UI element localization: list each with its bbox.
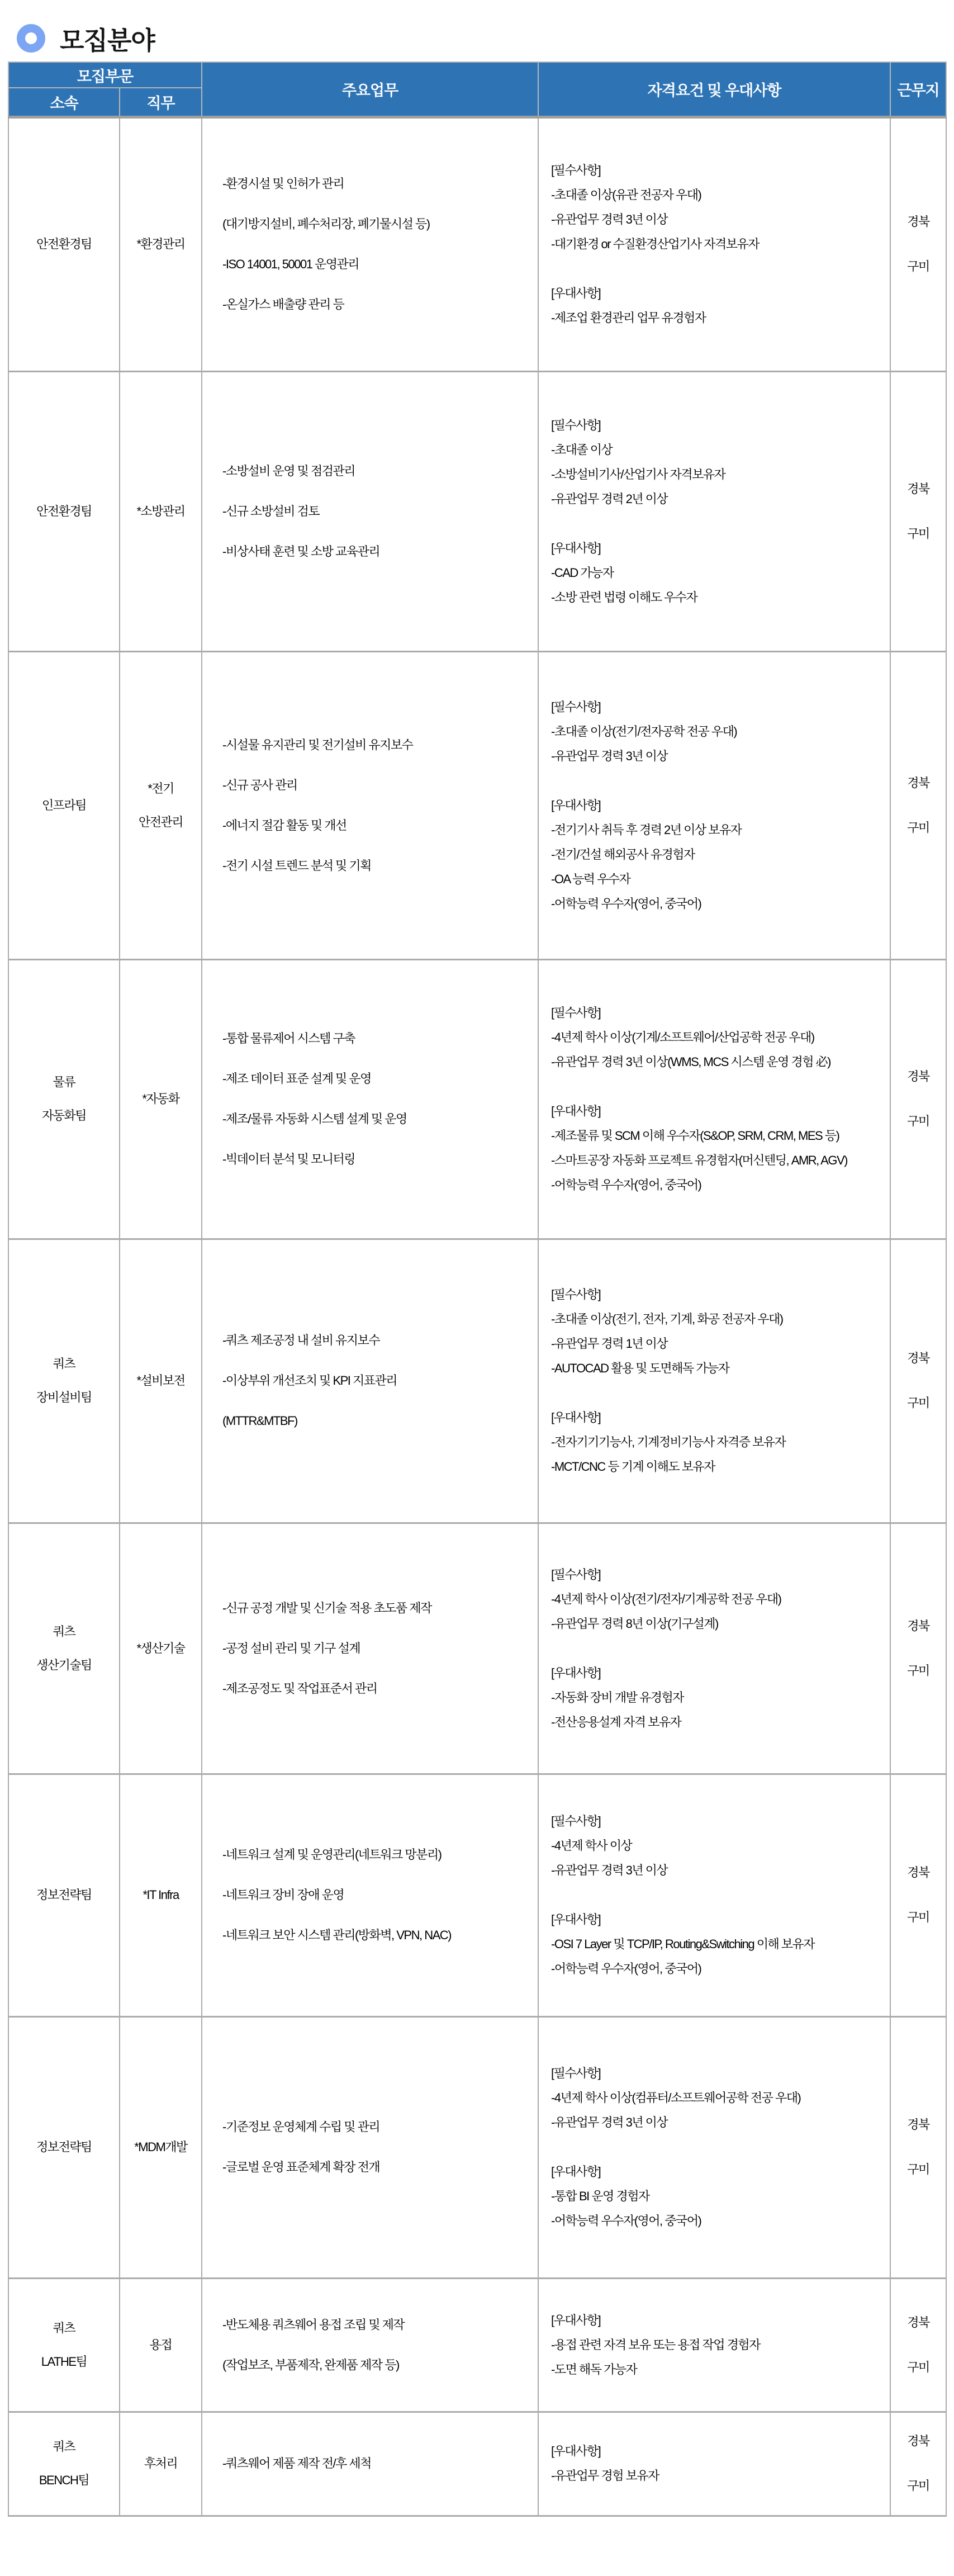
table-row: 안전환경팀*소방관리-소방설비 운영 및 점검관리-신규 소방설비 검토-비상사… <box>8 371 946 651</box>
text-line: -시설물 유지관리 및 전기설비 유지보수 <box>202 725 538 765</box>
table-row: 쿼츠BENCH팀후처리-쿼츠웨어 제품 제작 전/후 세척[우대사항]-유관업무… <box>8 2412 946 2516</box>
text-line: -전산응용설계 자격 보유자 <box>539 1710 890 1735</box>
text-line: 구미 <box>891 512 946 556</box>
text-line: 경북 <box>891 1336 946 1381</box>
text-line <box>539 1074 890 1099</box>
text-line: 경북 <box>891 2300 946 2345</box>
job-cell: *설비보전 <box>120 1239 202 1523</box>
text-line: -소방설비 운영 및 점검관리 <box>202 451 538 491</box>
duties-cell: -쿼츠 제조공정 내 설비 유지보수-이상부위 개선조치 및 KPI 지표관리(… <box>202 1239 538 1523</box>
text-line: -자동화 장비 개발 유경험자 <box>539 1685 890 1710</box>
text-line: -유관업무 경력 3년 이상 <box>539 744 890 769</box>
page: 모집분야 모집부문 주요업무 자격요건 및 우대사항 근무지 소속 직무 안전환… <box>0 0 954 2576</box>
text-line: [우대사항] <box>539 1661 890 1685</box>
text-line: -유관업무 경력 2년 이상 <box>539 487 890 512</box>
reqs-cell: [필수사항]-초대졸 이상-소방설비기사/산업기사 자격보유자-유관업무 경력 … <box>538 371 890 651</box>
text-line: -신규 소방설비 검토 <box>202 491 538 532</box>
text-line: 장비설비팀 <box>9 1381 119 1414</box>
header-dept: 소속 <box>8 88 120 117</box>
dept-cell: 안전환경팀 <box>8 371 120 651</box>
text-line: 쿼츠 <box>9 2312 119 2345</box>
location-cell: 경북구미 <box>890 371 946 651</box>
text-line: LATHE팀 <box>9 2345 119 2379</box>
text-line: 경북 <box>891 467 946 512</box>
text-line <box>539 2135 890 2160</box>
text-line: -통합 물류제어 시스템 구축 <box>202 1019 538 1059</box>
header-recruit-group: 모집부문 <box>8 62 202 88</box>
recruit-table: 모집부문 주요업무 자격요건 및 우대사항 근무지 소속 직무 안전환경팀*환경… <box>8 61 947 2517</box>
text-line: -대기환경 or 수질환경산업기사 자격보유자 <box>539 232 890 257</box>
text-line: -OA 능력 우수자 <box>539 867 890 892</box>
text-line: -빅데이터 분석 및 모니터링 <box>202 1139 538 1180</box>
text-line: -온실가스 배출량 관리 등 <box>202 285 538 325</box>
text-line: -4년제 학사 이상(컴퓨터/소프트웨어공학 전공 우대) <box>539 2086 890 2110</box>
dept-cell: 쿼츠BENCH팀 <box>8 2412 120 2516</box>
text-line: *전기 <box>120 772 201 806</box>
text-line: -초대졸 이상(유관 전공자 우대) <box>539 183 890 207</box>
dept-cell: 정보전략팀 <box>8 1774 120 2016</box>
text-line: (작업보조, 부품제작, 완제품 제작 등) <box>202 2345 538 2385</box>
location-cell: 경북구미 <box>890 1523 946 1774</box>
page-title: 모집분야 <box>60 20 155 56</box>
text-line: -MCT/CNC 등 기계 이해도 보유자 <box>539 1455 890 1479</box>
text-line: 정보전략팀 <box>9 1878 119 1912</box>
text-line: [우대사항] <box>539 2160 890 2184</box>
text-line: -에너지 절감 활동 및 개선 <box>202 806 538 846</box>
text-line: 구미 <box>891 1895 946 1940</box>
dept-cell: 물류자동화팀 <box>8 959 120 1239</box>
text-line: [필수사항] <box>539 1282 890 1307</box>
text-line: [필수사항] <box>539 1809 890 1834</box>
location-cell: 경북구미 <box>890 1774 946 2016</box>
text-line: 구미 <box>891 1649 946 1693</box>
text-line: -어학능력 우수자(영어, 중국어) <box>539 1957 890 1981</box>
table-body: 안전환경팀*환경관리-환경시설 및 인허가 관리(대기방지설비, 폐수처리장, … <box>8 117 946 2516</box>
text-line: -제조/물류 자동화 시스템 설계 및 운영 <box>202 1099 538 1139</box>
duties-cell: -네트워크 설계 및 운영관리(네트워크 망분리)-네트워크 장비 장애 운영-… <box>202 1774 538 2016</box>
text-line: 쿼츠 <box>9 2430 119 2464</box>
text-line: -어학능력 우수자(영어, 중국어) <box>539 2209 890 2233</box>
job-cell: *IT Infra <box>120 1774 202 2016</box>
dept-cell: 쿼츠LATHE팀 <box>8 2278 120 2412</box>
text-line: -전기/건설 해외공사 유경험자 <box>539 842 890 867</box>
text-line: -ISO 14001, 50001 운영관리 <box>202 244 538 285</box>
text-line: (대기방지설비, 폐수처리장, 폐기물시설 등) <box>202 204 538 244</box>
job-cell: *전기안전관리 <box>120 651 202 959</box>
location-cell: 경북구미 <box>890 2412 946 2516</box>
text-line: -네트워크 장비 장애 운영 <box>202 1875 538 1915</box>
text-line: [필수사항] <box>539 695 890 719</box>
reqs-cell: [우대사항]-용접 관련 자격 보유 또는 용접 작업 경험자-도면 해독 가능… <box>538 2278 890 2412</box>
text-line: -이상부위 개선조치 및 KPI 지표관리 <box>202 1361 538 1401</box>
duties-cell: -소방설비 운영 및 점검관리-신규 소방설비 검토-비상사태 훈련 및 소방 … <box>202 371 538 651</box>
text-line: [우대사항] <box>539 281 890 306</box>
text-line: 구미 <box>891 2147 946 2192</box>
location-cell: 경북구미 <box>890 2278 946 2412</box>
reqs-cell: [필수사항]-초대졸 이상(전기/전자공학 전공 우대)-유관업무 경력 3년 … <box>538 651 890 959</box>
text-line <box>539 769 890 793</box>
text-line: 경북 <box>891 200 946 244</box>
text-line: -쿼츠 제조공정 내 설비 유지보수 <box>202 1320 538 1361</box>
header-location: 근무지 <box>890 62 946 117</box>
header-duties: 주요업무 <box>202 62 538 117</box>
location-cell: 경북구미 <box>890 651 946 959</box>
text-line: *소방관리 <box>120 495 201 528</box>
text-line: -전기 시설 트렌드 분석 및 기획 <box>202 846 538 886</box>
text-line <box>539 1636 890 1661</box>
text-line: 생산기술팀 <box>9 1649 119 1682</box>
duties-cell: -신규 공정 개발 및 신기술 적용 초도품 제작-공정 설비 관리 및 기구 … <box>202 1523 538 1774</box>
duties-cell: -통합 물류제어 시스템 구축-제조 데이터 표준 설계 및 운영-제조/물류 … <box>202 959 538 1239</box>
table-row: 안전환경팀*환경관리-환경시설 및 인허가 관리(대기방지설비, 폐수처리장, … <box>8 117 946 371</box>
text-line: *IT Infra <box>120 1878 201 1912</box>
text-line: 경북 <box>891 2103 946 2147</box>
text-line: [필수사항] <box>539 413 890 438</box>
text-line: -4년제 학사 이상(전기/전자/기계공학 전공 우대) <box>539 1587 890 1612</box>
job-cell: 후처리 <box>120 2412 202 2516</box>
text-line: -반도체용 쿼츠웨어 용접 조립 및 제작 <box>202 2305 538 2345</box>
table-row: 정보전략팀*IT Infra-네트워크 설계 및 운영관리(네트워크 망분리)-… <box>8 1774 946 2016</box>
location-cell: 경북구미 <box>890 2016 946 2278</box>
text-line: -제조공정도 및 작업표준서 관리 <box>202 1669 538 1709</box>
duties-cell: -쿼츠웨어 제품 제작 전/후 세척 <box>202 2412 538 2516</box>
text-line: -기준정보 운영체계 수립 및 관리 <box>202 2107 538 2147</box>
text-line: -4년제 학사 이상 <box>539 1834 890 1858</box>
job-cell: *소방관리 <box>120 371 202 651</box>
text-line: -유관업무 경력 3년 이상(WMS, MCS 시스템 운영 경험 必) <box>539 1050 890 1074</box>
text-line: -초대졸 이상(전기, 전자, 기계, 화공 전공자 우대) <box>539 1307 890 1332</box>
reqs-cell: [필수사항]-4년제 학사 이상(전기/전자/기계공학 전공 우대)-유관업무 … <box>538 1523 890 1774</box>
text-line: -용접 관련 자격 보유 또는 용접 작업 경험자 <box>539 2333 890 2357</box>
reqs-cell: [우대사항]-유관업무 경험 보유자 <box>538 2412 890 2516</box>
text-line: 안전환경팀 <box>9 495 119 528</box>
job-cell: *생산기술 <box>120 1523 202 1774</box>
text-line: -전기기사 취득 후 경력 2년 이상 보유자 <box>539 818 890 842</box>
table-header: 모집부문 주요업무 자격요건 및 우대사항 근무지 소속 직무 <box>8 62 946 117</box>
reqs-cell: [필수사항]-초대졸 이상(유관 전공자 우대)-유관업무 경력 3년 이상-대… <box>538 117 890 371</box>
text-line: -소방설비기사/산업기사 자격보유자 <box>539 462 890 487</box>
text-line: 구미 <box>891 2345 946 2390</box>
text-line: [필수사항] <box>539 1562 890 1587</box>
text-line: [우대사항] <box>539 536 890 561</box>
text-line: -소방 관련 법령 이해도 우수자 <box>539 585 890 610</box>
text-line: -유관업무 경력 1년 이상 <box>539 1332 890 1356</box>
duties-cell: -환경시설 및 인허가 관리(대기방지설비, 폐수처리장, 폐기물시설 등)-I… <box>202 117 538 371</box>
text-line: *MDM개발 <box>120 2130 201 2164</box>
text-line: -공정 설비 관리 및 기구 설계 <box>202 1628 538 1669</box>
text-line: -쿼츠웨어 제품 제작 전/후 세척 <box>202 2444 538 2484</box>
reqs-cell: [필수사항]-4년제 학사 이상(컴퓨터/소프트웨어공학 전공 우대)-유관업무… <box>538 2016 890 2278</box>
text-line: -초대졸 이상 <box>539 438 890 462</box>
job-cell: *MDM개발 <box>120 2016 202 2278</box>
text-line: [우대사항] <box>539 2439 890 2464</box>
text-line: 경북 <box>891 1604 946 1649</box>
text-line: [필수사항] <box>539 1001 890 1025</box>
text-line: 구미 <box>891 244 946 289</box>
text-line: -신규 공사 관리 <box>202 765 538 806</box>
text-line: -CAD 가능자 <box>539 561 890 585</box>
text-line: 쿼츠 <box>9 1347 119 1381</box>
text-line: -스마트공장 자동화 프로젝트 유경험자(머신텐딩, AMR, AGV) <box>539 1148 890 1173</box>
duties-cell: -시설물 유지관리 및 전기설비 유지보수-신규 공사 관리-에너지 절감 활동… <box>202 651 538 959</box>
text-line: -통합 BI 운영 경험자 <box>539 2184 890 2209</box>
text-line: 구미 <box>891 1381 946 1426</box>
text-line: -유관업무 경력 8년 이상(기구설계) <box>539 1612 890 1636</box>
location-cell: 경북구미 <box>890 1239 946 1523</box>
dept-cell: 쿼츠생산기술팀 <box>8 1523 120 1774</box>
bullet-icon <box>17 24 45 53</box>
text-line: -도면 해독 가능자 <box>539 2357 890 2382</box>
text-line: *생산기술 <box>120 1632 201 1665</box>
text-line: [우대사항] <box>539 2308 890 2333</box>
text-line: -네트워크 보안 시스템 관리(방화벽, VPN, NAC) <box>202 1915 538 1955</box>
dept-cell: 안전환경팀 <box>8 117 120 371</box>
text-line: -유관업무 경력 3년 이상 <box>539 2110 890 2135</box>
section-title: 모집분야 <box>0 0 954 61</box>
reqs-cell: [필수사항]-4년제 학사 이상-유관업무 경력 3년 이상 [우대사항]-OS… <box>538 1774 890 2016</box>
text-line: 안전환경팀 <box>9 228 119 261</box>
text-line: 물류 <box>9 1066 119 1099</box>
text-line: 경북 <box>891 1054 946 1099</box>
text-line <box>539 512 890 536</box>
text-line: [우대사항] <box>539 793 890 818</box>
text-line: *설비보전 <box>120 1364 201 1398</box>
text-line: -제조업 환경관리 업무 유경험자 <box>539 306 890 330</box>
text-line: -글로벌 운영 표준체계 확장 전개 <box>202 2147 538 2187</box>
text-line <box>539 1883 890 1907</box>
text-line: -OSI 7 Layer 및 TCP/IP, Routing&Switching… <box>539 1932 890 1957</box>
job-cell: 용접 <box>120 2278 202 2412</box>
header-job: 직무 <box>120 88 202 117</box>
text-line: [필수사항] <box>539 2061 890 2086</box>
text-line: 경북 <box>891 1850 946 1895</box>
text-line: 구미 <box>891 1099 946 1144</box>
text-line: [필수사항] <box>539 158 890 183</box>
text-line <box>539 1381 890 1405</box>
text-line: -유관업무 경력 3년 이상 <box>539 207 890 232</box>
location-cell: 경북구미 <box>890 959 946 1239</box>
text-line: -신규 공정 개발 및 신기술 적용 초도품 제작 <box>202 1588 538 1628</box>
text-line: *자동화 <box>120 1082 201 1116</box>
job-cell: *환경관리 <box>120 117 202 371</box>
text-line: -네트워크 설계 및 운영관리(네트워크 망분리) <box>202 1835 538 1875</box>
text-line: 자동화팀 <box>9 1099 119 1133</box>
duties-cell: -반도체용 쿼츠웨어 용접 조립 및 제작(작업보조, 부품제작, 완제품 제작… <box>202 2278 538 2412</box>
text-line: -비상사태 훈련 및 소방 교육관리 <box>202 532 538 572</box>
table-row: 인프라팀*전기안전관리-시설물 유지관리 및 전기설비 유지보수-신규 공사 관… <box>8 651 946 959</box>
table-row: 물류자동화팀*자동화-통합 물류제어 시스템 구축-제조 데이터 표준 설계 및… <box>8 959 946 1239</box>
text-line: 정보전략팀 <box>9 2130 119 2164</box>
text-line: -어학능력 우수자(영어, 중국어) <box>539 1173 890 1197</box>
text-line: -4년제 학사 이상(기계/소프트웨어/산업공학 전공 우대) <box>539 1025 890 1050</box>
text-line: -유관업무 경력 3년 이상 <box>539 1858 890 1883</box>
text-line: *환경관리 <box>120 228 201 261</box>
reqs-cell: [필수사항]-4년제 학사 이상(기계/소프트웨어/산업공학 전공 우대)-유관… <box>538 959 890 1239</box>
text-line: 경북 <box>891 761 946 806</box>
dept-cell: 쿼츠장비설비팀 <box>8 1239 120 1523</box>
text-line: [우대사항] <box>539 1907 890 1932</box>
text-line: 쿼츠 <box>9 1615 119 1649</box>
text-line <box>539 257 890 281</box>
text-line: 용접 <box>120 2328 201 2362</box>
text-line: [우대사항] <box>539 1405 890 1430</box>
duties-cell: -기준정보 운영체계 수립 및 관리-글로벌 운영 표준체계 확장 전개 <box>202 2016 538 2278</box>
dept-cell: 정보전략팀 <box>8 2016 120 2278</box>
text-line: -제조 데이터 표준 설계 및 운영 <box>202 1059 538 1099</box>
text-line: 경북 <box>891 2419 946 2464</box>
table-row: 쿼츠장비설비팀*설비보전-쿼츠 제조공정 내 설비 유지보수-이상부위 개선조치… <box>8 1239 946 1523</box>
text-line: BENCH팀 <box>9 2464 119 2497</box>
text-line: 안전관리 <box>120 806 201 839</box>
text-line: (MTTR&MTBF) <box>202 1401 538 1441</box>
text-line: -제조물류 및 SCM 이해 우수자(S&OP, SRM, CRM, MES 등… <box>539 1124 890 1148</box>
text-line: -AUTOCAD 활용 및 도면해독 가능자 <box>539 1356 890 1381</box>
reqs-cell: [필수사항]-초대졸 이상(전기, 전자, 기계, 화공 전공자 우대)-유관업… <box>538 1239 890 1523</box>
table-row: 쿼츠LATHE팀용접-반도체용 쿼츠웨어 용접 조립 및 제작(작업보조, 부품… <box>8 2278 946 2412</box>
text-line: -어학능력 우수자(영어, 중국어) <box>539 892 890 916</box>
text-line: -초대졸 이상(전기/전자공학 전공 우대) <box>539 719 890 744</box>
table-row: 정보전략팀*MDM개발-기준정보 운영체계 수립 및 관리-글로벌 운영 표준체… <box>8 2016 946 2278</box>
job-cell: *자동화 <box>120 959 202 1239</box>
dept-cell: 인프라팀 <box>8 651 120 959</box>
text-line: -전자기기기능사, 기계정비기능사 자격증 보유자 <box>539 1430 890 1455</box>
header-requirements: 자격요건 및 우대사항 <box>538 62 890 117</box>
location-cell: 경북구미 <box>890 117 946 371</box>
table-row: 쿼츠생산기술팀*생산기술-신규 공정 개발 및 신기술 적용 초도품 제작-공정… <box>8 1523 946 1774</box>
text-line: 구미 <box>891 806 946 850</box>
text-line: 후처리 <box>120 2447 201 2480</box>
text-line: 구미 <box>891 2464 946 2508</box>
text-line: -유관업무 경험 보유자 <box>539 2464 890 2488</box>
text-line: -환경시설 및 인허가 관리 <box>202 164 538 204</box>
text-line: 인프라팀 <box>9 789 119 822</box>
text-line: [우대사항] <box>539 1099 890 1124</box>
